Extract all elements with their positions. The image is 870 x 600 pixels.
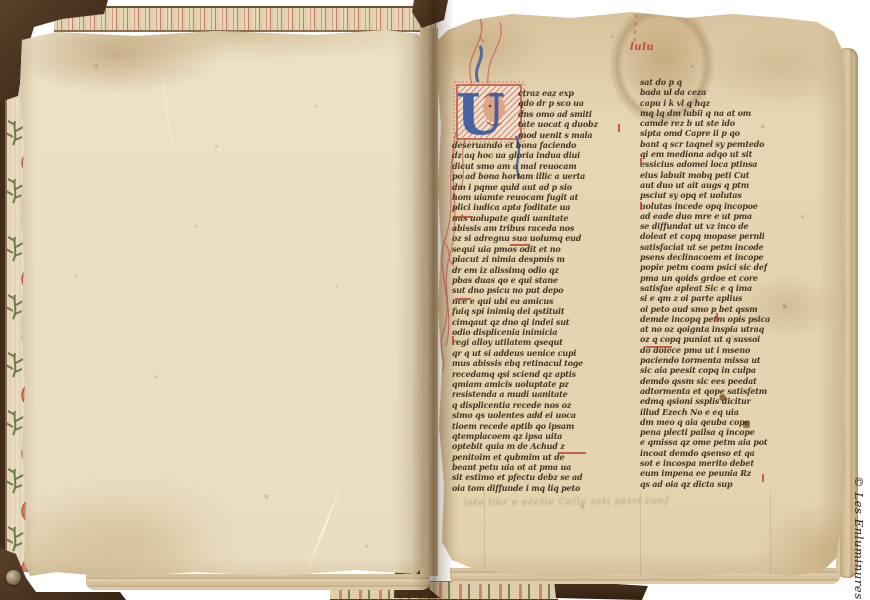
manuscript-line: cimqaut qz dno qi indei sut	[452, 316, 638, 327]
manuscript-line: oia tom diffunde i mq liq peto	[452, 483, 638, 494]
manuscript-line: pma un qoids grdoe et core	[640, 272, 838, 283]
manuscript-line: tioem recede aptib qo ipsam	[452, 420, 638, 431]
manuscript-line: incoat demdo qsenso et qa	[640, 447, 838, 458]
manuscript-line: essicius adomei loca ptinsa	[640, 159, 838, 170]
manuscript-line: uolutas incede opq incopoe	[640, 200, 838, 211]
manuscript-line: bada ul da ceza	[640, 87, 838, 98]
bleed-through-mark	[633, 8, 638, 42]
manuscript-line: demdo qssm sic ees peedat	[640, 375, 838, 386]
rubric-heading: lulu	[630, 42, 654, 53]
manuscript-line: sit estimo et pfectu debz se ad	[452, 472, 638, 483]
photo-credit: © Les Enluminures	[852, 476, 866, 600]
page-crease	[302, 470, 349, 582]
manuscript-line: edmq qsioni ssplis dicitur	[640, 396, 838, 407]
manuscript-line: mus abissis ebq retinacul toge	[452, 358, 638, 369]
manuscript-line: capu i k vl q hqz	[640, 97, 838, 108]
red-paragraph-mark	[716, 313, 718, 321]
manuscript-line: po ad bona hortam illic a uerta	[452, 171, 638, 182]
red-paragraph-mark	[640, 202, 642, 210]
cover-top-stripe	[54, 6, 436, 32]
page-crease	[160, 66, 175, 155]
manuscript-line: sut dno psicu no put depo	[452, 285, 638, 296]
manuscript-line: sic aia peesit copq in culpa	[640, 365, 838, 376]
manuscript-line: fuiq spi inimiq dei qstituit	[452, 306, 638, 317]
manuscript-line: qs ad oia qz dicta sup	[640, 478, 838, 489]
page-edges-left-bottom	[86, 574, 430, 590]
manuscript-line: oi peto aud smo p bet qssm	[640, 303, 838, 314]
manuscript-line: dm i pqme quld aut ad p sio	[452, 181, 638, 192]
manuscript-line: optebit quia m de Achud z	[452, 441, 638, 452]
red-underline-mark	[558, 452, 586, 454]
initial-blue-ascender	[476, 46, 481, 82]
manuscript-line: placut zi nimia despmis m	[452, 254, 638, 265]
manuscript-line: regi alloy utilatem qsequt	[452, 337, 638, 348]
manuscript-line: eum impena ee peunia Rz	[640, 468, 838, 479]
red-paragraph-mark	[618, 124, 620, 132]
manuscript-line: eius labuit mobq peti Cut	[640, 169, 838, 180]
text-column-left: ctraz eaz expqdo dr p sco uadns omo ad s…	[452, 88, 638, 496]
red-underline-mark	[510, 244, 530, 246]
manuscript-line: illud Ezech No e eq uia	[640, 406, 838, 417]
manuscript-photo: U lulu ctraz eaz expqdo dr p sco uadns o…	[0, 0, 870, 600]
manuscript-line: oz q copq puniat ut q sussoi	[640, 334, 838, 345]
manuscript-line: plici iudica apta foditate ua	[452, 202, 638, 213]
manuscript-line: tate uocat q duobz	[518, 119, 638, 130]
red-underline-mark	[646, 346, 672, 348]
manuscript-line: e qmissa qz ome petm aia pot	[640, 437, 838, 448]
manuscript-line: qdo dr p sco ua	[518, 98, 638, 109]
manuscript-line: oz si adregnu sua uolumq eud	[452, 233, 638, 244]
right-page: U lulu ctraz eaz expqdo dr p sco uadns o…	[432, 6, 846, 582]
manuscript-line: mod uenit s mala	[518, 129, 638, 140]
red-paragraph-mark	[762, 474, 764, 482]
red-underline-mark	[455, 216, 473, 218]
red-underline-mark	[455, 298, 471, 300]
manuscript-line: popie petm coam psici sic def	[640, 262, 838, 273]
gutter-shadow	[412, 0, 454, 600]
manuscript-line: dr em iz alissimq odio qz	[452, 264, 638, 275]
manuscript-line: doleat et copq mopase pernli	[640, 231, 838, 242]
clasp-boss	[6, 570, 21, 585]
left-page	[16, 26, 428, 582]
manuscript-line: recedamq qsi sciend qz aptis	[452, 368, 638, 379]
manuscript-line: sipta omd Capre ii p qo	[640, 128, 838, 139]
manuscript-line: psciut sy opq et uolutas	[640, 190, 838, 201]
text-column-right: sat do p qbada ul da cezacapu i k vl q h…	[640, 77, 838, 491]
red-paragraph-mark	[640, 158, 642, 166]
manuscript-line: dz aq hoc ua gloria indua diui	[452, 150, 638, 161]
manuscript-line: simo qs uolentes add ei uoca	[452, 410, 638, 421]
faint-inscription: iste libr e ecclie Colle scti petri conf	[464, 495, 774, 508]
manuscript-line: si e qm z oi parte aplius	[640, 293, 838, 304]
manuscript-line: resistenda a mudi uanitate	[452, 389, 638, 400]
